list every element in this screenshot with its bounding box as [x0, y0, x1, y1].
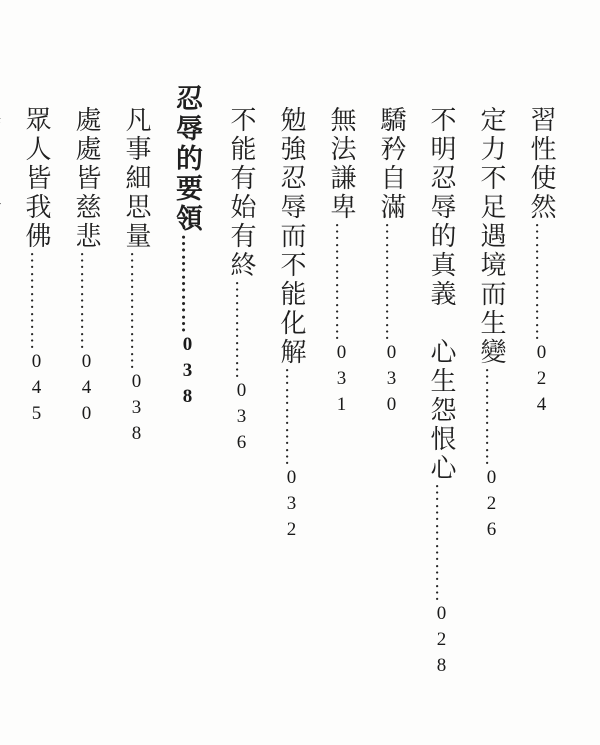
dot-leader: ………………	[331, 222, 352, 342]
toc-entry: 不能有始有終……………036	[223, 84, 260, 704]
page-number: 024	[531, 342, 552, 420]
dot-leader: ……………	[177, 234, 198, 334]
dot-leader: ………………	[381, 222, 402, 342]
entry-title: 眾人皆我佛	[22, 106, 51, 251]
page-number: 038	[177, 334, 198, 412]
toc-entry: 勉強忍辱而不能化解……………032	[273, 84, 310, 704]
entry-title: 忍辱的要領	[172, 84, 202, 234]
entry-title: 無法謙卑	[327, 106, 356, 222]
page-number: 036	[231, 380, 252, 458]
toc-entry: 習性使然………………024	[523, 84, 560, 704]
toc-entry: 眾人皆我佛……………045	[18, 84, 55, 704]
dot-leader: ………………	[126, 251, 147, 371]
entry-title: 凡事細思量	[122, 106, 151, 251]
page-number: 040	[76, 351, 97, 429]
entry-title: 處處皆慈悲	[72, 106, 101, 251]
page-number: 028	[431, 603, 452, 681]
dot-leader: ……………	[231, 280, 252, 380]
toc-entry: 驕矜自滿………………030	[373, 84, 410, 704]
page-number: 026	[481, 467, 502, 545]
toc-entry: 定力不足遇境而生變……………026	[473, 84, 510, 704]
scanned-toc-page: 習性使然………………024 定力不足遇境而生變……………026 不明忍辱的真義 …	[0, 0, 600, 745]
page-number: 032	[281, 467, 302, 545]
table-of-contents: 習性使然………………024 定力不足遇境而生變……………026 不明忍辱的真義 …	[0, 84, 560, 704]
page-number: 038	[126, 371, 147, 449]
dot-leader: ………………	[431, 483, 452, 603]
toc-entry: 委曲求全……………050	[0, 84, 5, 704]
dot-leader: ……………	[76, 251, 97, 351]
page-number: 030	[381, 342, 402, 420]
entry-title: 定力不足遇境而生變	[477, 106, 506, 367]
toc-entry: 不明忍辱的真義 心生怨恨心………………028	[423, 84, 460, 704]
entry-title: 不能有始有終	[227, 106, 256, 280]
toc-entry: 處處皆慈悲……………040	[68, 84, 105, 704]
dot-leader: ……………	[26, 251, 47, 351]
entry-title: 不明忍辱的真義 心生怨恨心	[427, 106, 456, 483]
entry-title: 驕矜自滿	[377, 106, 406, 222]
toc-entry: 凡事細思量………………038	[118, 84, 155, 704]
dot-leader: ………………	[531, 222, 552, 342]
entry-title: 勉強忍辱而不能化解	[277, 106, 306, 367]
toc-entry: 無法謙卑………………031	[323, 84, 360, 704]
dot-leader: ……………	[481, 367, 502, 467]
page-number: 031	[331, 342, 352, 420]
dot-leader: ……………	[281, 367, 302, 467]
entry-title: 委曲求全	[0, 106, 1, 222]
page-number: 045	[26, 351, 47, 429]
toc-entry: 忍辱的要領……………038	[168, 84, 207, 704]
entry-title: 習性使然	[527, 106, 556, 222]
